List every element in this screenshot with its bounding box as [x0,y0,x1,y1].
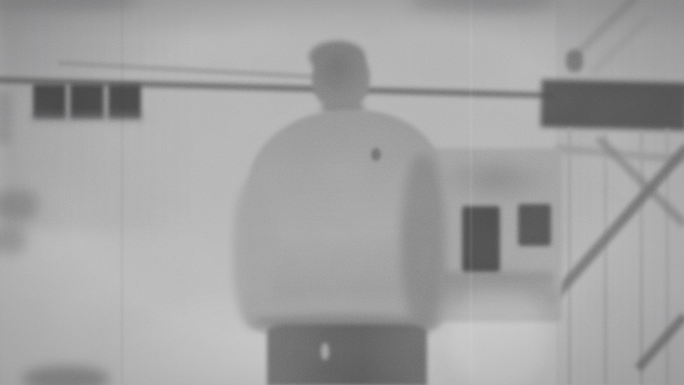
film-grain-overlay [0,0,684,385]
film-still-photo [0,0,684,385]
